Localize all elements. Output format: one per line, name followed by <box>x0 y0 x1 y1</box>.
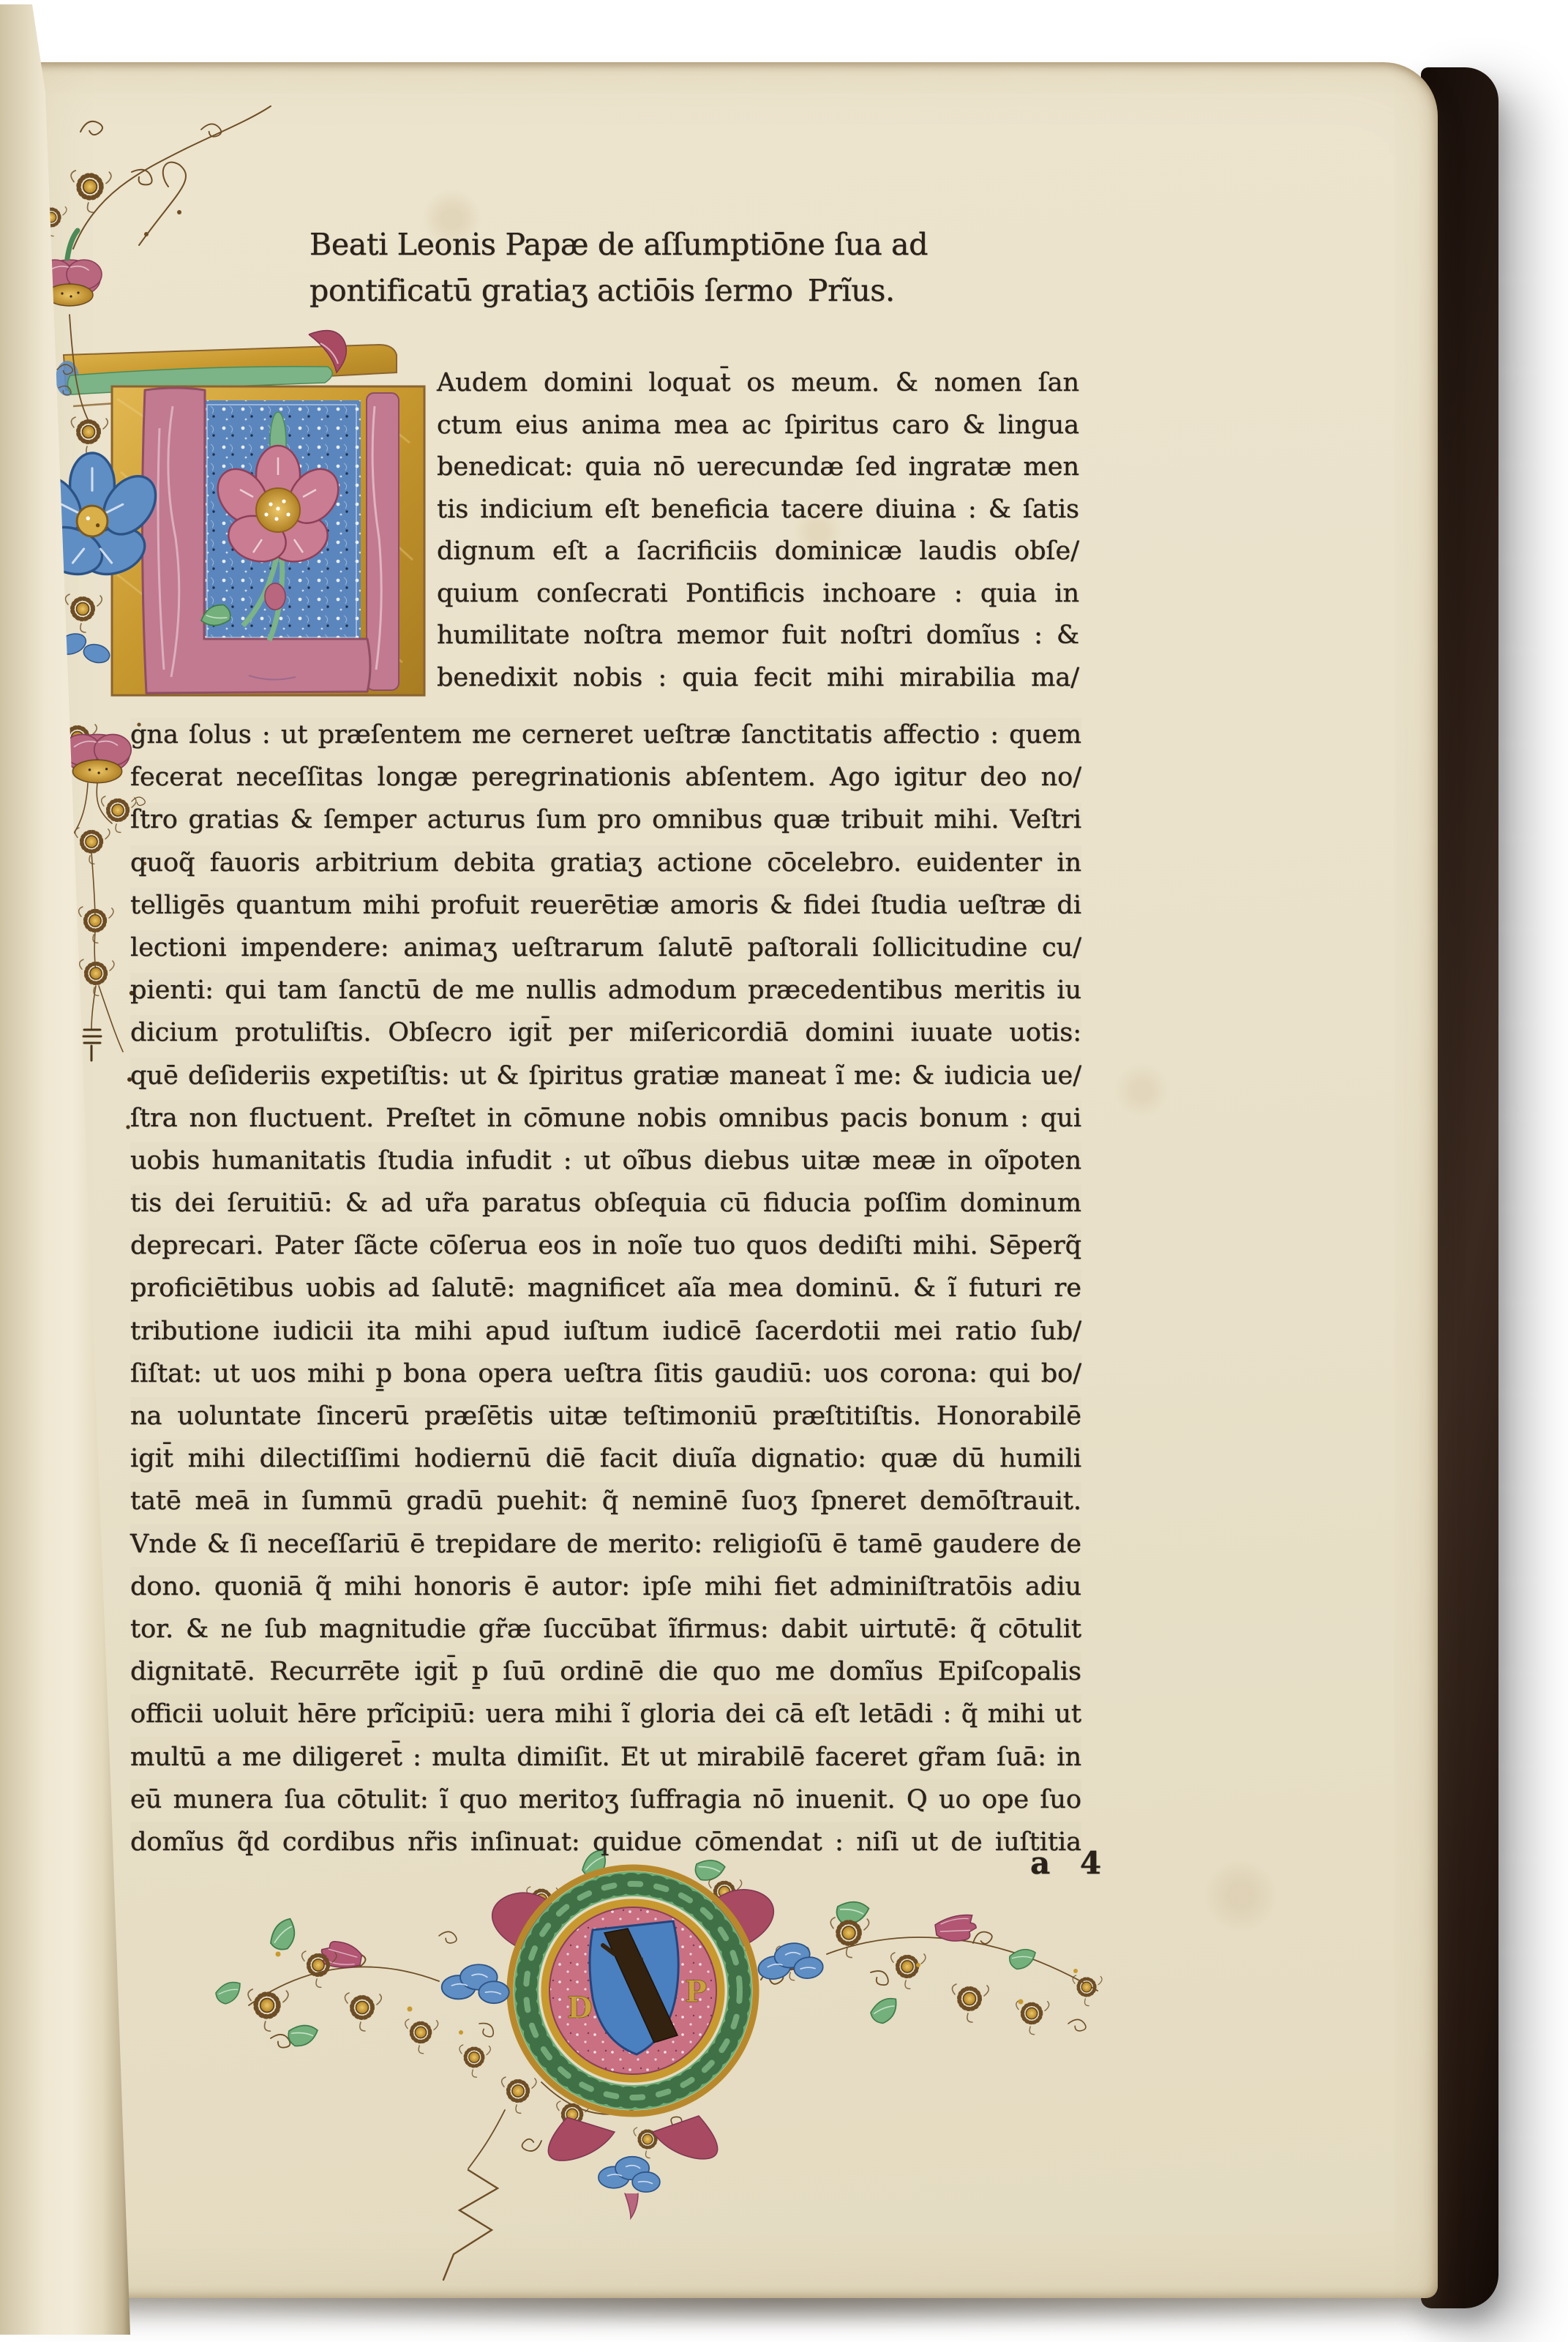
drop-cap-letter: L <box>212 671 217 679</box>
text-line: quium conſecrati Pontificis inchoare : q… <box>437 573 1079 616</box>
text-line: dicium protuliſtis. Obſecro igit̄ per mi… <box>130 1011 1081 1054</box>
medallion-letter-right: P <box>685 1975 707 2009</box>
text-line: tis dei ſeruitiū: & ad ur̃a paratus obſe… <box>130 1182 1081 1224</box>
text-line: igit̄ mihi dilectiſſimi hodiernū diē fac… <box>130 1437 1081 1480</box>
text-line: domĩus q̃d cordibus nr̃is inſinuat: quid… <box>130 1821 1081 1863</box>
text-line: tis indicium eſt beneficia tacere diuina… <box>437 489 1079 531</box>
book-page: L <box>29 62 1438 2298</box>
text-line: Audem domini loquat̄ os meum. & nomen ſa… <box>437 362 1079 405</box>
text-line: pontificatū gratiaʒ actiōis ſermo Prĩus. <box>310 268 953 314</box>
quire-signature: a 4 <box>1030 1845 1147 1881</box>
corner-penwork-decoration <box>37 106 271 306</box>
text-line: benedixit nobis : quia fecit mihi mirabi… <box>437 657 1079 700</box>
text-line: gna ſolus : ut præſentem me cerneret ueſ… <box>130 714 1081 756</box>
text-line: telligēs quantum mihi profuit reuerētiæ … <box>130 884 1081 927</box>
text-line: Beati Leonis Papæ de aſſumptiōne ſua ad <box>310 222 953 268</box>
medallion-letter-left: D <box>567 1991 593 2025</box>
text-line: dignum eſt a ſacrificiis dominicæ laudis… <box>437 531 1079 573</box>
bottom-floral-medallion: D P <box>215 1848 1102 2280</box>
text-line: proficiētibus uobis ad ſalutē: magnifice… <box>130 1267 1081 1309</box>
text-line: eū munera ſua cōtulit: ĩ quo meritoʒ ſuf… <box>130 1778 1081 1821</box>
text-line: ſtra non fluctuent. Preſtet in cōmune no… <box>130 1097 1081 1140</box>
text-line: na uoluntate ſincerū præſētis uitæ teſti… <box>130 1395 1081 1437</box>
text-line: tatē meā in ſummū gradū puehit: q̃ nemin… <box>130 1480 1081 1522</box>
text-line: officii uoluit hēre prĩcipiū: uera mihi … <box>130 1693 1081 1735</box>
text-line: tor. & ne ſub magnitudie gr̃æ ſuccūbat ĩ… <box>130 1608 1081 1650</box>
text-line: ſiſtat: ut uos mihi p̱ bona opera ueſtra… <box>130 1353 1081 1395</box>
text-line: benedicat: quia nō uerecundæ ſed ingratæ… <box>437 446 1079 489</box>
chapter-heading: Beati Leonis Papæ de aſſumptiōne ſua adp… <box>310 222 953 314</box>
text-line: dignitatē. Recurrēte igit̄ p̱ ſuū ordinē… <box>130 1650 1081 1693</box>
text-line: multū a me diligeret̄ : multa dimiſit. E… <box>130 1736 1081 1778</box>
opening-text-block: Audem domini loquat̄ os meum. & nomen ſa… <box>437 362 1079 699</box>
text-line: lectioni impendere: animaʒ ueſtrarum ſal… <box>130 927 1081 969</box>
text-line: tributione iudicii ita mihi apud iuſtum … <box>130 1310 1081 1353</box>
text-line: fecerat neceſſitas longæ peregrinationis… <box>130 756 1081 798</box>
illuminated-initial-L: L <box>56 331 424 695</box>
text-line: ſtro gratias & ſemper acturus ſum pro om… <box>130 798 1081 841</box>
text-line: Vnde & ſi neceſſariū ē trepidare de meri… <box>130 1523 1081 1565</box>
text-line: quē deſideriis expetiſtis: ut & ſpiritus… <box>130 1055 1081 1097</box>
text-line: deprecari. Pater ſãcte cōſerua eos in no… <box>130 1224 1081 1267</box>
text-line: uobis humanitatis ſtudia infudit : ut oĩ… <box>130 1140 1081 1182</box>
text-line: dono. quoniā q̃ mihi honoris ē autor: ip… <box>130 1565 1081 1608</box>
text-line: ctum eius anima mea ac ſpiritus caro & l… <box>437 405 1079 447</box>
text-line: quoq̃ fauoris arbitrium debita gratiaʒ a… <box>130 842 1081 884</box>
text-line: pienti: qui tam ſanctū de me nullis admo… <box>130 969 1081 1011</box>
main-text-block: gna ſolus : ut præſentem me cerneret ueſ… <box>130 714 1081 1863</box>
text-line: humilitate noſtra memor fuit noſtri domĩ… <box>437 615 1079 657</box>
